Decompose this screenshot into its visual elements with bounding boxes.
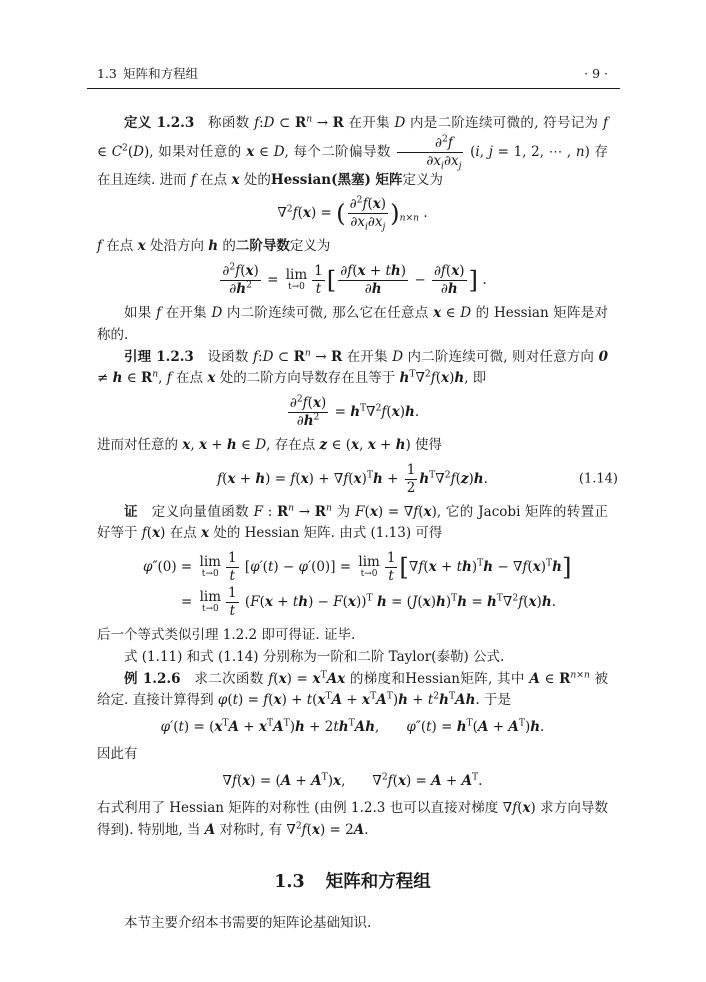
- formula-phi-derivatives: φ′(t) = (xTA + xTAT)h + 2thTAh, φ″(t) = …: [97, 717, 608, 739]
- paragraph-proof: 证 定义向量值函数 F : Rn → Rn 为 F(x) = ∇f(x), 它的…: [97, 502, 608, 546]
- formula-taylor-body: f(x + h) = f(x) + ∇f(x)Th + 12hT∇2f(z)h.: [217, 471, 488, 487]
- proof-derivation-line-2: = limt→01t (F(x + th) − F(x))T h = (J(x)…: [181, 585, 608, 620]
- document-page: 1.3 矩阵和方程组 · 9 · 定义 1.2.3 称函数 f:D ⊂ Rn →…: [0, 0, 706, 982]
- paragraph-taylor-naming: 式 (1.11) 和式 (1.14) 分别称为一阶和二阶 Taylor(泰勒) …: [97, 647, 608, 669]
- equation-number-114: (1.14): [579, 469, 618, 490]
- paragraph-mean-value: 进而对任意的 x, x + h ∈ D, 存在点 z ∈ (x, x + h) …: [97, 435, 608, 457]
- formula-quadratic-form: ∂2f(x)∂h2 = hT∇2f(x)h.: [97, 395, 608, 430]
- paragraph-example-126: 例 1.2.6 求二次函数 f(x) = xTAx 的梯度和Hessian矩阵,…: [97, 669, 608, 713]
- page-number: · 9 ·: [584, 66, 608, 81]
- page-body: 定义 1.2.3 称函数 f:D ⊂ Rn → R 在开集 D 内是二阶连续可微…: [97, 113, 608, 935]
- paragraph-section-intro: 本节主要介绍本书需要的矩阵论基础知识.: [97, 913, 608, 935]
- paragraph-therefore: 因此有: [97, 744, 608, 766]
- formula-second-directional-derivative: ∂2f(x)∂h2 = limt→01t[∂f(x + th)∂h − ∂f(x…: [97, 263, 608, 298]
- proof-derivation-block: φ″(0) = limt→01t [φ′(t) − φ′(0)] = limt→…: [97, 550, 608, 620]
- paragraph-definition-123: 定义 1.2.3 称函数 f:D ⊂ Rn → R 在开集 D 内是二阶连续可微…: [97, 113, 608, 191]
- section-number: 1.3: [274, 872, 304, 892]
- paragraph-remark: 右式利用了 Hessian 矩阵的对称性 (由例 1.2.3 也可以直接对梯度 …: [97, 798, 608, 842]
- formula-taylor-expansion: f(x + h) = f(x) + ∇f(x)Th + 12hT∇2f(z)h.…: [97, 462, 608, 497]
- page-header: 1.3 矩阵和方程组 · 9 ·: [97, 64, 608, 82]
- proof-derivation-line-1: φ″(0) = limt→01t [φ′(t) − φ′(0)] = limt→…: [143, 550, 608, 585]
- formula-gradient-and-hessian: ∇f(x) = (A + AT)x, ∇2f(x) = A + AT.: [97, 771, 608, 793]
- paragraph-directional-second-derivative: f 在点 x 处沿方向 h 的二阶导数定义为: [97, 236, 608, 258]
- paragraph-proof-end: 后一个等式类似引理 1.2.2 即可得证. 证毕.: [97, 625, 608, 647]
- paragraph-lemma-123: 引理 1.2.3 设函数 f:D ⊂ Rn → R 在开集 D 内二阶连续可微,…: [97, 347, 608, 391]
- section-heading: 1.3 矩阵和方程组: [97, 868, 608, 896]
- formula-hessian-definition: ∇2f(x) = (∂2f(x)∂xi∂xj)n×n .: [97, 196, 608, 231]
- header-rule: [87, 88, 620, 89]
- paragraph-hessian-symmetry: 如果 f 在开集 D 内二阶连续可微, 那么它在任意点 x ∈ D 的 Hess…: [97, 303, 608, 347]
- section-title: 矩阵和方程组: [326, 872, 431, 892]
- running-head: 1.3 矩阵和方程组: [97, 64, 198, 82]
